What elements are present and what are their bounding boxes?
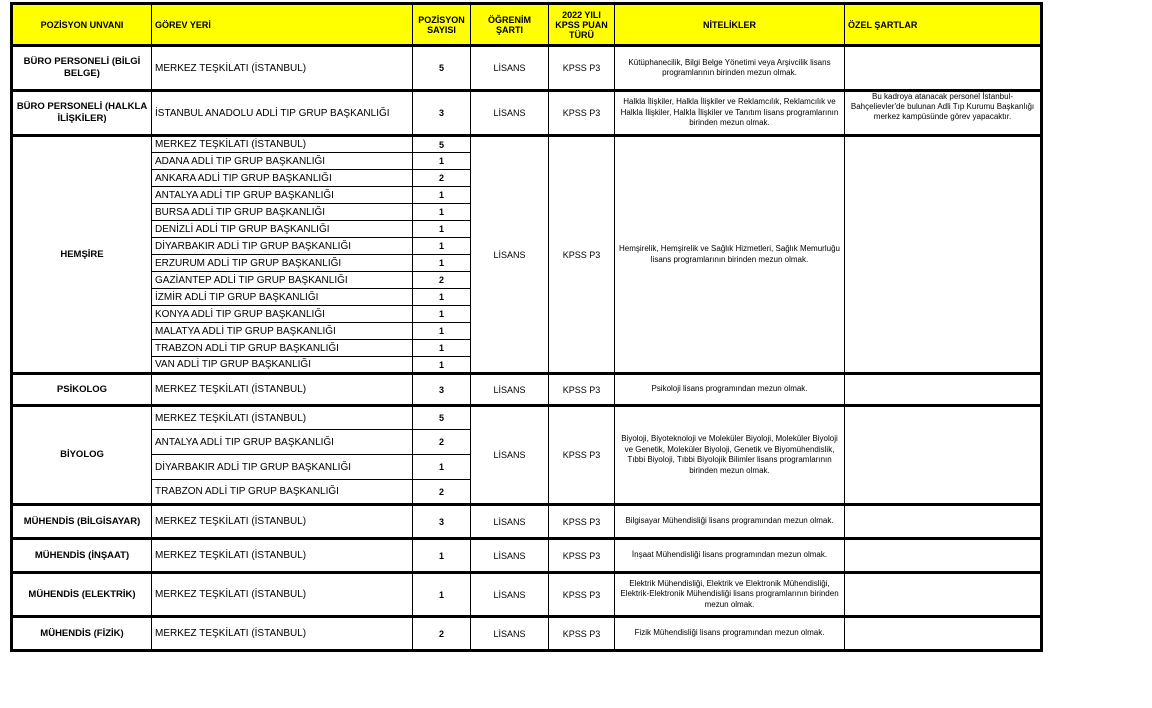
position-count: 1 [413, 539, 471, 573]
qualifications: İnşaat Mühendisliği lisans programından … [615, 539, 845, 573]
kpss-score-type: KPSS P3 [549, 617, 615, 651]
duty-location: ANKARA ADLİ TIP GRUP BAŞKANLIĞI [152, 170, 413, 187]
table-body: BÜRO PERSONELİ (BİLGİ BELGE)MERKEZ TEŞKİ… [12, 46, 1042, 651]
position-count: 1 [413, 289, 471, 306]
table-row: BÜRO PERSONELİ (HALKLA İLİŞKİLER)İSTANBU… [12, 91, 1042, 136]
position-count: 1 [413, 455, 471, 480]
position-count: 1 [413, 255, 471, 272]
duty-location: MERKEZ TEŞKİLATI (İSTANBUL) [152, 46, 413, 91]
special-conditions [845, 573, 1042, 617]
qualifications: Psikoloji lisans programından mezun olma… [615, 374, 845, 406]
duty-location: İZMİR ADLİ TIP GRUP BAŞKANLIĞI [152, 289, 413, 306]
position-title: MÜHENDİS (FİZİK) [12, 617, 152, 651]
duty-location: ERZURUM ADLİ TIP GRUP BAŞKANLIĞI [152, 255, 413, 272]
education-requirement: LİSANS [471, 539, 549, 573]
special-conditions [845, 617, 1042, 651]
header-location: GÖREV YERİ [152, 4, 413, 46]
header-kpss: 2022 YILI KPSS PUAN TÜRÜ [549, 4, 615, 46]
position-count: 1 [413, 153, 471, 170]
duty-location: MERKEZ TEŞKİLATI (İSTANBUL) [152, 573, 413, 617]
duty-location: MERKEZ TEŞKİLATI (İSTANBUL) [152, 505, 413, 539]
duty-location: ANTALYA ADLİ TIP GRUP BAŞKANLIĞI [152, 187, 413, 204]
table-row: PSİKOLOGMERKEZ TEŞKİLATI (İSTANBUL)3LİSA… [12, 374, 1042, 406]
duty-location: TRABZON ADLİ TIP GRUP BAŞKANLIĞI [152, 480, 413, 505]
duty-location: GAZİANTEP ADLİ TIP GRUP BAŞKANLIĞI [152, 272, 413, 289]
header-row: POZİSYON UNVANI GÖREV YERİ POZİSYON SAYI… [12, 4, 1042, 46]
position-title: BÜRO PERSONELİ (BİLGİ BELGE) [12, 46, 152, 91]
position-count: 3 [413, 374, 471, 406]
position-count: 1 [413, 306, 471, 323]
position-count: 1 [413, 238, 471, 255]
position-title: PSİKOLOG [12, 374, 152, 406]
duty-location: MERKEZ TEŞKİLATI (İSTANBUL) [152, 617, 413, 651]
position-title: HEMŞİRE [12, 136, 152, 374]
special-conditions [845, 46, 1042, 91]
header-qualifications: NİTELİKLER [615, 4, 845, 46]
position-count: 5 [413, 136, 471, 153]
qualifications: Fizik Mühendisliği lisans programından m… [615, 617, 845, 651]
position-title: BÜRO PERSONELİ (HALKLA İLİŞKİLER) [12, 91, 152, 136]
special-conditions [845, 136, 1042, 374]
duty-location: DİYARBAKIR ADLİ TIP GRUP BAŞKANLIĞI [152, 455, 413, 480]
duty-location: MERKEZ TEŞKİLATI (İSTANBUL) [152, 374, 413, 406]
header-special-conditions: ÖZEL ŞARTLAR [845, 4, 1042, 46]
table-row: BİYOLOGMERKEZ TEŞKİLATI (İSTANBUL)5LİSAN… [12, 406, 1042, 430]
education-requirement: LİSANS [471, 406, 549, 505]
table-row: BÜRO PERSONELİ (BİLGİ BELGE)MERKEZ TEŞKİ… [12, 46, 1042, 91]
education-requirement: LİSANS [471, 617, 549, 651]
kpss-score-type: KPSS P3 [549, 46, 615, 91]
table-row: HEMŞİREMERKEZ TEŞKİLATI (İSTANBUL)5LİSAN… [12, 136, 1042, 153]
education-requirement: LİSANS [471, 573, 549, 617]
header-education: ÖĞRENİM ŞARTI [471, 4, 549, 46]
qualifications: Biyoloji, Biyoteknoloji ve Moleküler Biy… [615, 406, 845, 505]
duty-location: MERKEZ TEŞKİLATI (İSTANBUL) [152, 136, 413, 153]
position-count: 3 [413, 91, 471, 136]
duty-location: MALATYA ADLİ TIP GRUP BAŞKANLIĞI [152, 323, 413, 340]
kpss-score-type: KPSS P3 [549, 91, 615, 136]
duty-location: MERKEZ TEŞKİLATI (İSTANBUL) [152, 406, 413, 430]
table-row: MÜHENDİS (İNŞAAT)MERKEZ TEŞKİLATI (İSTAN… [12, 539, 1042, 573]
qualifications: Kütüphanecilik, Bilgi Belge Yönetimi vey… [615, 46, 845, 91]
special-conditions [845, 406, 1042, 505]
special-conditions: Bu kadroya atanacak personel İstanbul-Ba… [845, 91, 1042, 136]
position-count: 1 [413, 340, 471, 357]
position-count: 1 [413, 187, 471, 204]
table-row: MÜHENDİS (ELEKTRİK)MERKEZ TEŞKİLATI (İST… [12, 573, 1042, 617]
kpss-score-type: KPSS P3 [549, 136, 615, 374]
kpss-score-type: KPSS P3 [549, 505, 615, 539]
kpss-score-type: KPSS P3 [549, 539, 615, 573]
education-requirement: LİSANS [471, 136, 549, 374]
special-conditions [845, 374, 1042, 406]
kpss-score-type: KPSS P3 [549, 374, 615, 406]
table-row: MÜHENDİS (BİLGİSAYAR)MERKEZ TEŞKİLATI (İ… [12, 505, 1042, 539]
duty-location: İSTANBUL ANADOLU ADLİ TIP GRUP BAŞKANLIĞ… [152, 91, 413, 136]
duty-location: DİYARBAKIR ADLİ TIP GRUP BAŞKANLIĞI [152, 238, 413, 255]
kpss-score-type: KPSS P3 [549, 573, 615, 617]
special-conditions [845, 539, 1042, 573]
header-count: POZİSYON SAYISI [413, 4, 471, 46]
position-count: 5 [413, 46, 471, 91]
duty-location: DENİZLİ ADLİ TIP GRUP BAŞKANLIĞI [152, 221, 413, 238]
duty-location: TRABZON ADLİ TIP GRUP BAŞKANLIĞI [152, 340, 413, 357]
education-requirement: LİSANS [471, 505, 549, 539]
position-count: 2 [413, 170, 471, 187]
special-conditions [845, 505, 1042, 539]
position-title: MÜHENDİS (İNŞAAT) [12, 539, 152, 573]
position-count: 1 [413, 221, 471, 238]
position-count: 2 [413, 480, 471, 505]
qualifications: Halkla İlişkiler, Halkla İlişkiler ve Re… [615, 91, 845, 136]
table-row: MÜHENDİS (FİZİK)MERKEZ TEŞKİLATI (İSTANB… [12, 617, 1042, 651]
position-count: 3 [413, 505, 471, 539]
education-requirement: LİSANS [471, 46, 549, 91]
kpss-score-type: KPSS P3 [549, 406, 615, 505]
qualifications: Hemşirelik, Hemşirelik ve Sağlık Hizmetl… [615, 136, 845, 374]
header-position-title: POZİSYON UNVANI [12, 4, 152, 46]
position-title: MÜHENDİS (ELEKTRİK) [12, 573, 152, 617]
position-count: 1 [413, 323, 471, 340]
duty-location: ADANA ADLİ TIP GRUP BAŞKANLIĞI [152, 153, 413, 170]
duty-location: KONYA ADLİ TIP GRUP BAŞKANLIĞI [152, 306, 413, 323]
qualifications: Elektrik Mühendisliği, Elektrik ve Elekt… [615, 573, 845, 617]
position-title: MÜHENDİS (BİLGİSAYAR) [12, 505, 152, 539]
position-title: BİYOLOG [12, 406, 152, 505]
position-count: 2 [413, 617, 471, 651]
position-count: 1 [413, 204, 471, 221]
position-count: 2 [413, 430, 471, 455]
duty-location: ANTALYA ADLİ TIP GRUP BAŞKANLIĞI [152, 430, 413, 455]
positions-table: POZİSYON UNVANI GÖREV YERİ POZİSYON SAYI… [10, 2, 1043, 652]
education-requirement: LİSANS [471, 374, 549, 406]
position-count: 1 [413, 573, 471, 617]
qualifications: Bilgisayar Mühendisliği lisans programın… [615, 505, 845, 539]
duty-location: MERKEZ TEŞKİLATI (İSTANBUL) [152, 539, 413, 573]
education-requirement: LİSANS [471, 91, 549, 136]
duty-location: VAN ADLİ TIP GRUP BAŞKANLIĞI [152, 357, 413, 374]
position-count: 2 [413, 272, 471, 289]
duty-location: BURSA ADLİ TIP GRUP BAŞKANLIĞI [152, 204, 413, 221]
position-count: 1 [413, 357, 471, 374]
position-count: 5 [413, 406, 471, 430]
